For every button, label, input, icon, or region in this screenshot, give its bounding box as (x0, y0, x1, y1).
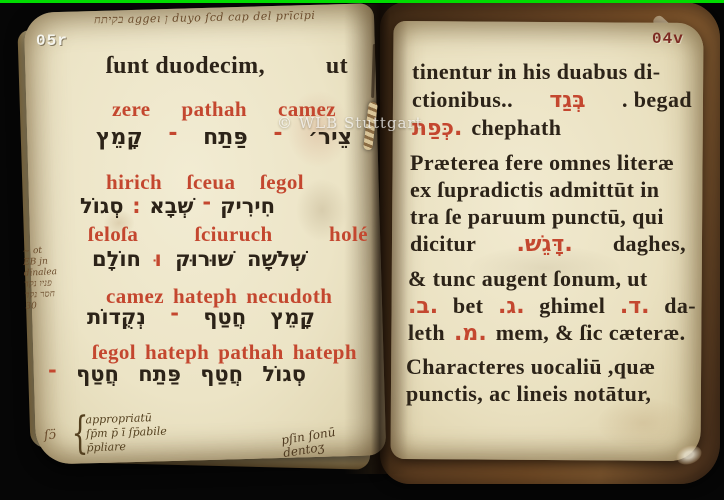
scanned-book-photo: ſunt duodecim,ut zerepathahcamez צֵיר׳־פ… (0, 0, 724, 500)
printed-line-mixed: dicitur.דָּגֵשׁ.daghes, (410, 232, 686, 256)
page-label-05r: 05r (36, 32, 68, 50)
text-segment: בְּגַד (549, 89, 585, 112)
text-segment: punctis, ac lineis notātur, (406, 382, 651, 405)
text-segment: ־ (168, 126, 177, 149)
scan-top-border-line (0, 0, 724, 3)
text-segment: .ד. (620, 295, 650, 318)
text-segment: . begad (622, 88, 692, 111)
text-segment: נְקֻדוֹת (87, 306, 146, 328)
text-segment: dicitur (410, 232, 476, 255)
printed-line-latin: punctis, ac lineis notātur, (406, 382, 704, 405)
text-segment: ghimel (539, 294, 605, 317)
text-segment: ſeloſa (88, 223, 138, 245)
printed-line-hebrew: שְׁלֹשָׁהשׁוּרוּקוּחוֹלָם (92, 248, 306, 270)
printed-line-red-labels: ſegolhatephpathahhateph (92, 341, 336, 363)
handwritten-left-margin-note: ~ otEB jndīnaleaפניו נקדחסר נקד30 (22, 243, 93, 312)
text-segment: סְגוֹל (80, 195, 124, 217)
text-segment: חֲטַף (200, 363, 243, 385)
text-segment: ſciuruch (195, 223, 273, 245)
page-label-04v: 04v (652, 30, 684, 48)
text-segment: tra ſe paruum punctū, qui (410, 205, 664, 228)
text-segment: camez (106, 285, 164, 307)
text-segment: bet (453, 294, 484, 317)
printed-line-latin: Characteres uocaliū ,quæ (406, 355, 704, 378)
text-segment: holé (329, 223, 368, 245)
text-segment: daghes, (613, 232, 686, 255)
handwritten-bottom-label: ſɔ̈ (43, 428, 56, 444)
text-segment: חֲטַף (76, 363, 119, 385)
handwritten-bottom-left-note: appropriatūſp̄m p̄ ī ſp̄abilep̄pliare (85, 411, 167, 456)
text-segment: חוֹלָם (92, 248, 141, 270)
text-segment: Characteres uocaliū ,quæ (406, 355, 655, 378)
text-segment: סְגוֹל (262, 363, 306, 385)
text-segment: שְׁלֹשָׁה (247, 248, 306, 270)
text-segment: chephath (471, 116, 561, 139)
text-segment: ctionibus.. (412, 88, 513, 111)
text-segment: tinentur in his duabus di- (412, 60, 660, 83)
text-segment: וּ (154, 248, 161, 270)
printed-line-latin: & tunc augent ſonum, ut (408, 267, 704, 290)
text-segment: .ג. (498, 295, 525, 318)
text-segment: פַּתַח (138, 363, 181, 385)
printed-line-red-labels: camezhatephnecudoth (106, 285, 332, 307)
text-segment: hateph (173, 285, 237, 307)
text-segment: pathah (182, 98, 247, 120)
printed-line-mixed: .ב.bet.ג.ghimel.ד.da- (408, 294, 696, 318)
printed-line-latin: tra ſe paruum punctū, qui (410, 205, 704, 228)
text-segment: ut (326, 54, 348, 79)
text-segment: קָמֵץ (96, 126, 143, 149)
text-segment: da- (664, 294, 696, 317)
text-segment: שׁוּרוּק (175, 248, 233, 270)
text-segment: קָמֵץ (270, 306, 315, 328)
printed-line-mixed: leth.מ.mem, & ſic cæteræ. (408, 321, 704, 345)
text-segment: hirich (106, 171, 162, 193)
printed-line-latin: ex ſupradictis admittūt in (410, 178, 704, 201)
text-segment: ex ſupradictis admittūt in (410, 178, 659, 201)
text-segment: פַּתַח (203, 126, 248, 149)
printed-line-hebrew: סְגוֹלחֲטַףפַּתַחחֲטַף־ (48, 363, 306, 385)
text-segment: ׃ (133, 195, 141, 217)
text-segment: ſunt duodecim, (106, 54, 265, 79)
text-segment: mem, & ſic cæteræ. (496, 321, 686, 344)
text-segment: ſceua (187, 171, 236, 193)
text-segment: Præterea fere omnes literæ (410, 151, 674, 174)
printed-line-latin: ſunt duodecim,ut (106, 54, 348, 79)
text-segment: שְׁבָא (149, 195, 193, 217)
text-segment: leth (408, 321, 445, 344)
text-segment: ־ (202, 195, 211, 217)
text-segment: & tunc augent ſonum, ut (408, 267, 648, 290)
text-segment: ־ (48, 363, 57, 385)
text-segment: ſegol (260, 171, 304, 193)
printed-line-red-labels: ſeloſaſciuruchholé (88, 223, 368, 245)
printed-line-mixed: כְּפַת.chephath (412, 116, 704, 140)
text-segment: ſegol (92, 341, 136, 363)
printed-line-red-labels: hirichſceuaſegol (106, 171, 304, 193)
text-segment: .מ. (454, 322, 487, 345)
text-segment: necudoth (246, 285, 332, 307)
text-segment: .דָּגֵשׁ. (517, 233, 573, 256)
text-segment: pathah (218, 341, 283, 363)
library-watermark: © WLB Stuttgart (277, 114, 423, 132)
handwritten-line: ſp̄m p̄ ī ſp̄abile (86, 425, 167, 442)
text-segment: חֲטַף (203, 306, 246, 328)
text-segment: hateph (145, 341, 209, 363)
printed-line-hebrew: קָמֵץחֲטַף־נְקֻדוֹת (87, 306, 315, 328)
text-segment: hateph (293, 341, 357, 363)
handwritten-line: p̄pliare (86, 439, 167, 456)
printed-line-latin: tinentur in his duabus di- (412, 60, 704, 83)
text-segment: zere (112, 98, 151, 120)
printed-line-hebrew: חִירִיק־שְׁבָא׃סְגוֹל (99, 195, 275, 217)
printed-line-mixed: ctionibus..בְּגַד. begad (412, 88, 692, 112)
text-segment: חִירִיק (220, 195, 275, 217)
printed-line-latin: Præterea fere omnes literæ (410, 151, 704, 174)
text-segment: ־ (170, 306, 179, 328)
text-segment: .ב. (408, 295, 438, 318)
